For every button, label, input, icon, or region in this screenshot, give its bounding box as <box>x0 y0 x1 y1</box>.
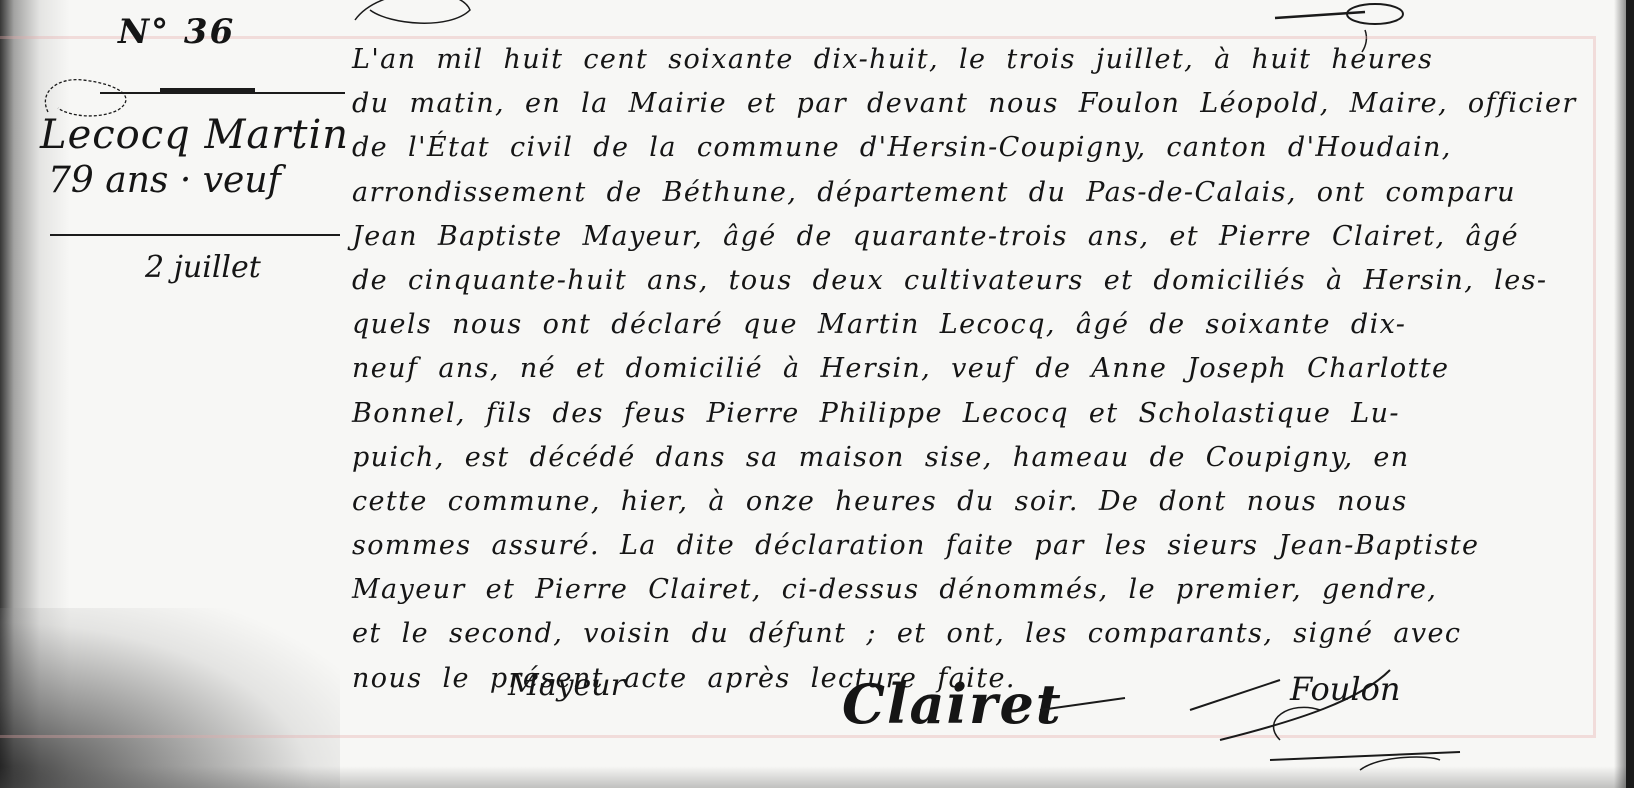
margin-date: 2 juillet <box>145 250 261 285</box>
signature-clairet: Clairet <box>842 672 1063 736</box>
signature-clairet-flourish-icon <box>1040 690 1130 720</box>
body-line-3: de l'État civil de la commune d'Hersin-C… <box>352 126 1592 170</box>
scan-shadow-corner <box>0 608 340 788</box>
body-line-7: quels nous ont déclaré que Martin Lecocq… <box>352 303 1592 347</box>
body-line-8: neuf ans, né et domicilié à Hersin, veuf… <box>352 347 1592 391</box>
body-line-13: Mayeur et Pierre Clairet, ci-dessus déno… <box>352 568 1592 612</box>
signature-mayeur: Mayeur <box>508 668 625 703</box>
body-line-10: puich, est décédé dans sa maison sise, h… <box>352 436 1592 480</box>
body-line-5: Jean Baptiste Mayeur, âgé de quarante-tr… <box>352 215 1592 259</box>
margin-rule-top <box>100 92 345 94</box>
record-body: L'an mil huit cent soixante dix-huit, le… <box>352 38 1592 701</box>
body-line-9: Bonnel, fils des feus Pierre Philippe Le… <box>352 392 1592 436</box>
body-line-6: de cinquante-huit ans, tous deux cultiva… <box>352 259 1592 303</box>
body-line-2: du matin, en la Mairie et par devant nou… <box>352 82 1592 126</box>
margin-rule-top-thick <box>160 88 255 92</box>
margin-age-status: 79 ans · veuf <box>48 160 281 201</box>
body-line-11: cette commune, hier, à onze heures du so… <box>352 480 1592 524</box>
margin-deceased-name: Lecocq Martin <box>40 112 349 158</box>
entry-number: N° 36 <box>118 12 235 52</box>
flourish-top-left-icon <box>350 0 490 40</box>
scanned-register-page: N° 36 Lecocq Martin 79 ans · veuf 2 juil… <box>0 0 1634 788</box>
page-edge-right <box>1626 0 1634 788</box>
scan-shadow-right <box>1614 0 1626 788</box>
body-line-12: sommes assuré. La dite déclaration faite… <box>352 524 1592 568</box>
body-line-4: arrondissement de Béthune, département d… <box>352 171 1592 215</box>
body-line-1: L'an mil huit cent soixante dix-huit, le… <box>352 38 1592 82</box>
margin-rule-bottom <box>50 234 340 236</box>
body-line-14: et le second, voisin du défunt ; et ont,… <box>352 612 1592 656</box>
signature-foulon: Foulon <box>1290 670 1400 708</box>
